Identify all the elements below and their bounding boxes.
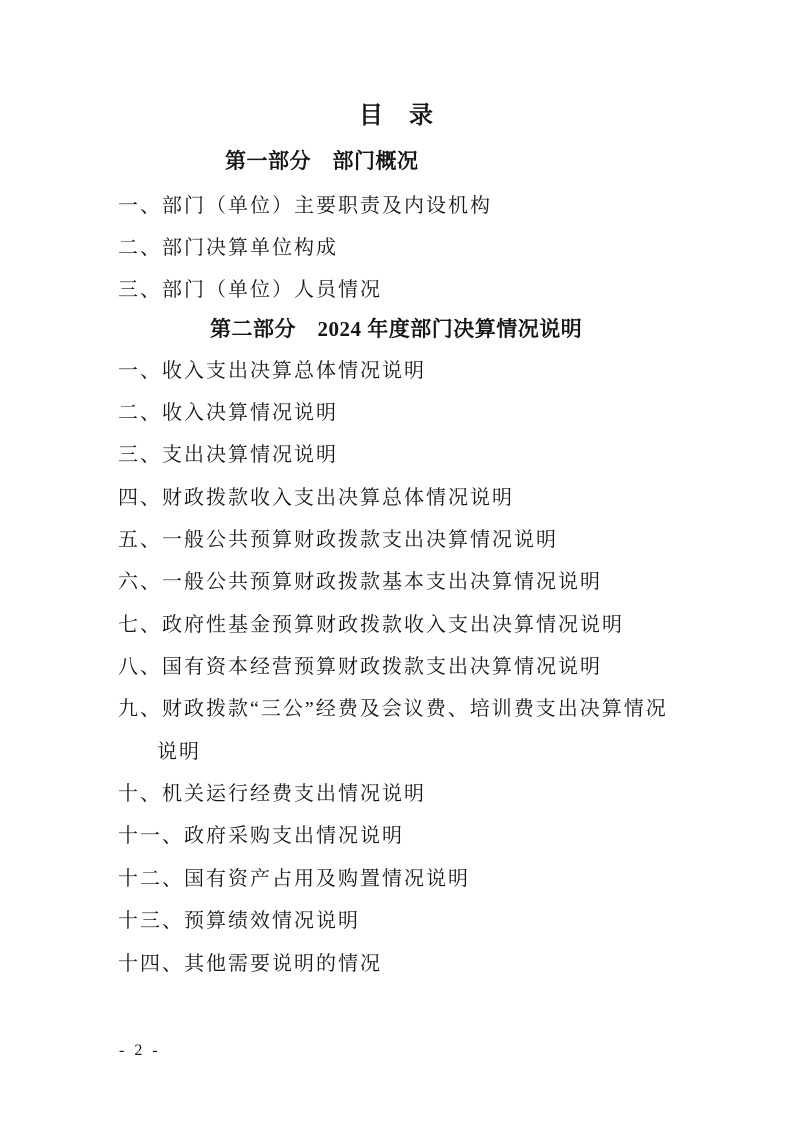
toc-item: 十一、政府采购支出情况说明: [0, 813, 793, 855]
part1-heading: 第一部分 部门概况: [0, 148, 793, 174]
toc-item: 十、机关运行经费支出情况说明: [0, 770, 793, 812]
page-number: - 2 -: [0, 1043, 793, 1059]
toc-item: 四、财政拨款收入支出决算总体情况说明: [0, 474, 793, 516]
toc-item: 二、收入决算情况说明: [0, 389, 793, 431]
toc-item: 三、支出决算情况说明: [0, 432, 793, 474]
toc-item: 一、部门（单位）主要职责及内设机构: [0, 182, 793, 224]
part2-heading: 第二部分 2024 年度部门决算情况说明: [0, 316, 793, 342]
toc-item-continuation: 说明: [0, 728, 793, 770]
toc-item: 六、一般公共预算财政拨款基本支出决算情况说明: [0, 559, 793, 601]
toc-item: 三、部门（单位）人员情况: [0, 267, 793, 309]
toc-item: 一、收入支出决算总体情况说明: [0, 347, 793, 389]
toc-title: 目 录: [0, 0, 793, 131]
part1-toc-list: 一、部门（单位）主要职责及内设机构 二、部门决算单位构成 三、部门（单位）人员情…: [0, 182, 793, 309]
toc-item: 十二、国有资产占用及购置情况说明: [0, 855, 793, 897]
toc-item: 十三、预算绩效情况说明: [0, 898, 793, 940]
toc-item: 七、政府性基金预算财政拨款收入支出决算情况说明: [0, 601, 793, 643]
toc-item: 五、一般公共预算财政拨款支出决算情况说明: [0, 516, 793, 558]
toc-item: 二、部门决算单位构成: [0, 224, 793, 266]
part2-toc-list: 一、收入支出决算总体情况说明 二、收入决算情况说明 三、支出决算情况说明 四、财…: [0, 347, 793, 982]
toc-item: 十四、其他需要说明的情况: [0, 940, 793, 982]
toc-item: 八、国有资本经营预算财政拨款支出决算情况说明: [0, 643, 793, 685]
document-page: 目 录 第一部分 部门概况 一、部门（单位）主要职责及内设机构 二、部门决算单位…: [0, 0, 793, 1122]
toc-item: 九、财政拨款“三公”经费及会议费、培训费支出决算情况: [0, 686, 793, 728]
